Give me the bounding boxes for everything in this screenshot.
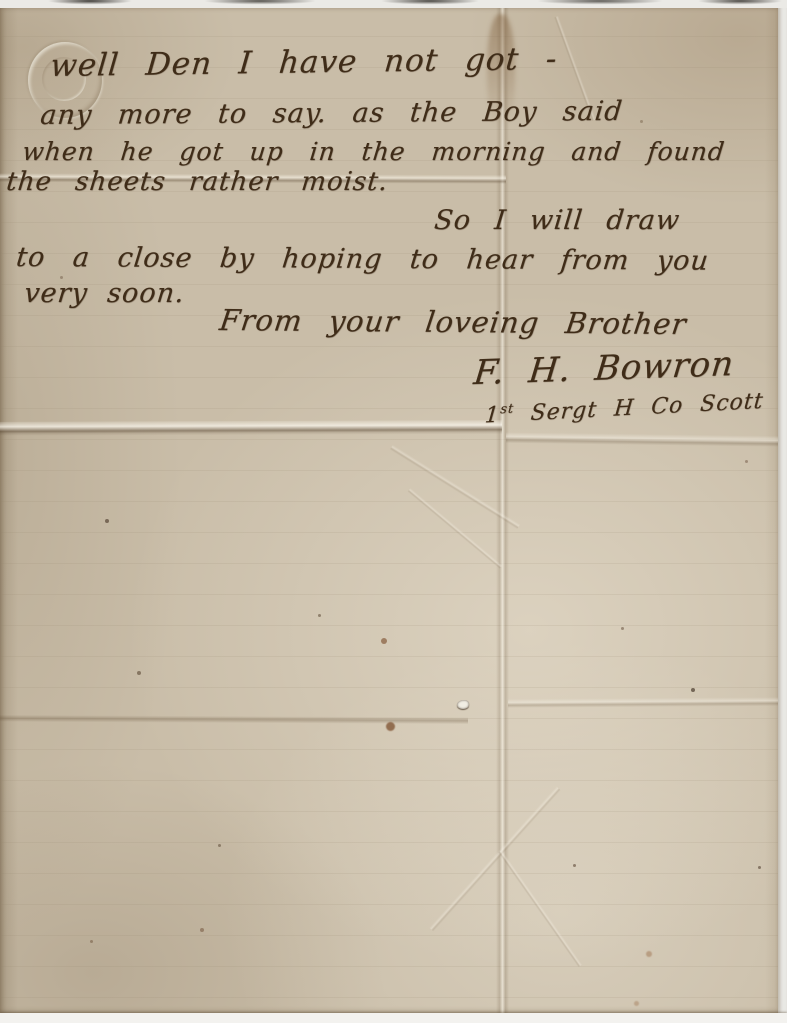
unit-text: Sergt H Co Scott gds	[513, 386, 787, 427]
horizontal-fold-crease-2-right	[506, 432, 779, 447]
letter-line-7: very soon.	[23, 278, 187, 309]
horizontal-fold-crease-3	[0, 715, 468, 724]
foxing-spot	[386, 722, 395, 731]
letter-line-6: to a close by hoping to hear from you	[15, 242, 711, 277]
scanner-bed: well Den I have not got - any more to sa…	[0, 0, 787, 1023]
signature-name: F. H. Bowron	[472, 344, 736, 393]
foxing-spot	[105, 519, 109, 523]
scan-edge-top	[0, 0, 787, 8]
foxing-spot	[646, 951, 652, 957]
foxing-spot	[640, 120, 643, 123]
scan-edge-bottom	[0, 1013, 787, 1023]
paper-hole	[457, 700, 469, 709]
foxing-spot	[90, 940, 93, 943]
unit-number: 1	[484, 403, 501, 429]
unit-ordinal-suffix: st	[500, 401, 515, 417]
wrinkle	[407, 488, 502, 569]
letter-page: well Den I have not got - any more to sa…	[0, 6, 779, 1013]
foxing-spot	[218, 844, 221, 847]
wrinkle	[498, 850, 582, 968]
letter-line-1: well Den I have not got -	[49, 41, 559, 84]
foxing-spot	[634, 1001, 639, 1006]
horizontal-fold-crease-2	[0, 420, 502, 436]
letter-line-2: any more to say. as the Boy said	[39, 96, 624, 131]
foxing-spot	[691, 688, 695, 692]
closing-line: From your loveing Brother	[218, 303, 689, 341]
signature-unit-line: 1st Sergt H Co Scott gds	[484, 385, 787, 428]
letter-line-5: So I will draw	[433, 205, 682, 236]
foxing-spot	[137, 671, 141, 675]
foxing-spot	[381, 638, 387, 644]
foxing-spot	[621, 627, 624, 630]
foxing-spot	[573, 864, 576, 867]
foxing-spot	[200, 928, 204, 932]
horizontal-fold-crease-3-right	[508, 697, 779, 708]
letter-line-4: the sheets rather moist.	[5, 167, 390, 197]
letter-line-3: when he got up in the morning and found	[21, 137, 727, 166]
foxing-spot	[758, 866, 761, 869]
scan-edge-right	[778, 0, 787, 1023]
foxing-spot	[745, 460, 748, 463]
foxing-spot	[318, 614, 321, 617]
